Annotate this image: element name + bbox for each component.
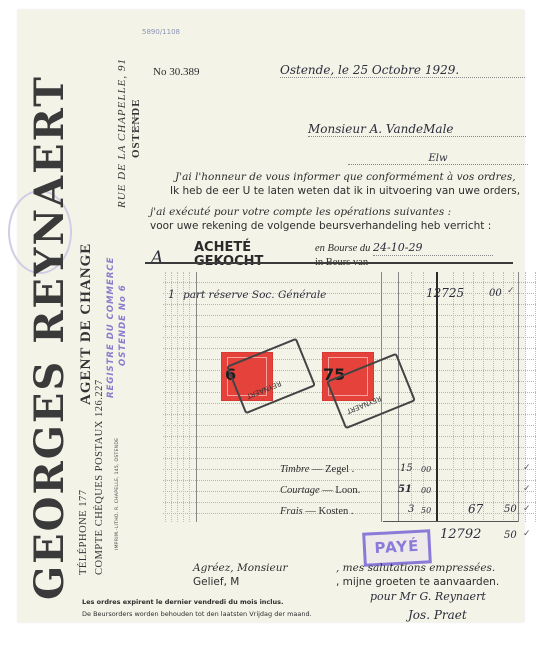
postal-account: COMPTE CHÈQUES POSTAUX 126.227 (94, 379, 105, 575)
fee-timbre-amount: 15 (400, 463, 413, 474)
grid-hline (163, 282, 536, 283)
recipient-city: Elw (348, 153, 528, 165)
grid-hline (163, 458, 536, 459)
fee-frais-cents: 50 (421, 506, 431, 515)
grid-vline (189, 272, 190, 522)
cancellation-text-2: REYNAERT (345, 394, 382, 415)
number-value: 30.389 (169, 66, 199, 78)
grid-hline (163, 315, 536, 316)
city-underline (134, 115, 135, 133)
footer-nl: De Beursorders worden behouden tot den l… (82, 610, 312, 618)
fee-courtage-amount: 51 (398, 484, 412, 495)
grid-hline (163, 447, 536, 448)
grid-hline (163, 480, 536, 481)
grand-total-check: ✓ (523, 529, 531, 539)
closing-fr: Agréez, Monsieur (193, 562, 288, 574)
fee-row-courtage: Courtage — Loon. (280, 485, 360, 496)
fee-row-frais: Frais — Kosten . (280, 506, 354, 517)
grid-vline (453, 272, 454, 522)
body-nl-line1: Ik heb de eer U te laten weten dat ik in… (170, 185, 520, 197)
grid-hline (163, 337, 536, 338)
fees-sum-rule (383, 521, 518, 522)
telephone: TÉLÉPHONE 177 (78, 489, 89, 575)
grand-total: 12792 (440, 527, 481, 542)
grid-hline (163, 304, 536, 305)
line-item-quantity: 1 (168, 288, 175, 301)
street-address: RUE DE LA CHAPELLE, 91 (116, 58, 128, 208)
grid-vline (503, 272, 504, 522)
grid-vline (171, 272, 172, 522)
footer-fr: Les ordres expirent le dernier vendredi … (82, 598, 283, 606)
line-item-cents: 00 (489, 288, 502, 299)
fees-total-check: ✓ (523, 504, 531, 514)
registre-line2: OSTENDE No 6 (118, 284, 128, 366)
line-item-amount: 12725 (426, 286, 464, 300)
grid-vline (493, 272, 494, 522)
grid-hline (163, 436, 536, 437)
bourse-fr: en Bourse du 24-10-29 (315, 241, 493, 256)
place-date: Ostende, le 25 Octobre 1929. (280, 63, 525, 78)
document-number: No 30.389 (153, 66, 199, 78)
closing-nl-suffix: , mijne groeten te aanvaarden. (336, 576, 499, 588)
fee-frais-amount: 3 (408, 504, 414, 515)
printer-imprint: IMPRIM.-LITHO. R. CHAPELLE, 145, OSTENDE (115, 438, 120, 550)
signature-line2: Jos. Praet (408, 608, 467, 622)
recipient-name: Monsieur A. VandeMale (308, 122, 526, 137)
invoice-document: 5890/1108 GEORGES REYNAERT AGENT DE CHAN… (18, 10, 524, 622)
line-item-check: ✓ (507, 286, 515, 296)
fees-total-cents: 50 (504, 504, 517, 515)
city: OSTENDE (130, 98, 142, 158)
grid-vline (183, 272, 184, 522)
company-name: GEORGES REYNAERT (26, 75, 73, 600)
transaction-type: ACHETÉ GEKOCHT (194, 241, 263, 269)
bourse-labels: en Bourse du 24-10-29 in Beurs van (315, 241, 493, 270)
grid-column-rule (518, 272, 519, 522)
fee-row-timbre: Timbre — Zegel . (280, 464, 354, 475)
closing-fr-suffix: , mes salutations empressées. (336, 562, 495, 574)
grid-vline (483, 272, 484, 522)
transaction-type-mark: A (151, 248, 163, 268)
pencil-note: 5890/1108 (142, 28, 180, 36)
line-item-description: part réserve Soc. Générale (183, 289, 326, 301)
registre-line1: REGISTRE DU COMMERCE (106, 257, 116, 398)
closing-fr-prefix: Agréez, Monsieur (193, 562, 288, 574)
number-label: No (153, 66, 166, 78)
type-fr: ACHETÉ (194, 241, 263, 255)
fee-courtage-cents: 00 (421, 486, 431, 495)
fee-courtage-check: ✓ (523, 484, 531, 494)
closing-nl-prefix: Gelief, M (193, 576, 239, 588)
grid-vline (513, 272, 514, 522)
grid-vline (463, 272, 464, 522)
ledger-top-rule (145, 262, 513, 264)
profession: AGENT DE CHANGE (78, 243, 95, 405)
grid-vline (165, 272, 166, 522)
body-fr-line1: J'ai l'honneur de vous informer que conf… (175, 171, 516, 183)
grid-vline (177, 272, 178, 522)
grid-column-rule (196, 272, 197, 522)
bourse-date: 24-10-29 (373, 241, 493, 256)
body-nl-line2: voor uwe rekening de volgende beursverha… (150, 220, 491, 232)
grid-vline (423, 272, 424, 522)
grid-total-rule (436, 272, 438, 522)
fee-timbre-check: ✓ (523, 463, 531, 473)
grand-total-cents: 50 (504, 530, 517, 541)
grid-hline (163, 326, 536, 327)
grid-hline (163, 348, 536, 349)
fees-total: 67 (468, 502, 483, 516)
signature-line1: pour Mr G. Reynaert (370, 590, 486, 603)
cancellation-text-1: REYNAERT (245, 379, 282, 400)
grid-vline (473, 272, 474, 522)
fee-timbre-cents: 00 (421, 465, 431, 474)
body-fr-line2: j'ai exécuté pour votre compte les opéra… (150, 206, 451, 218)
